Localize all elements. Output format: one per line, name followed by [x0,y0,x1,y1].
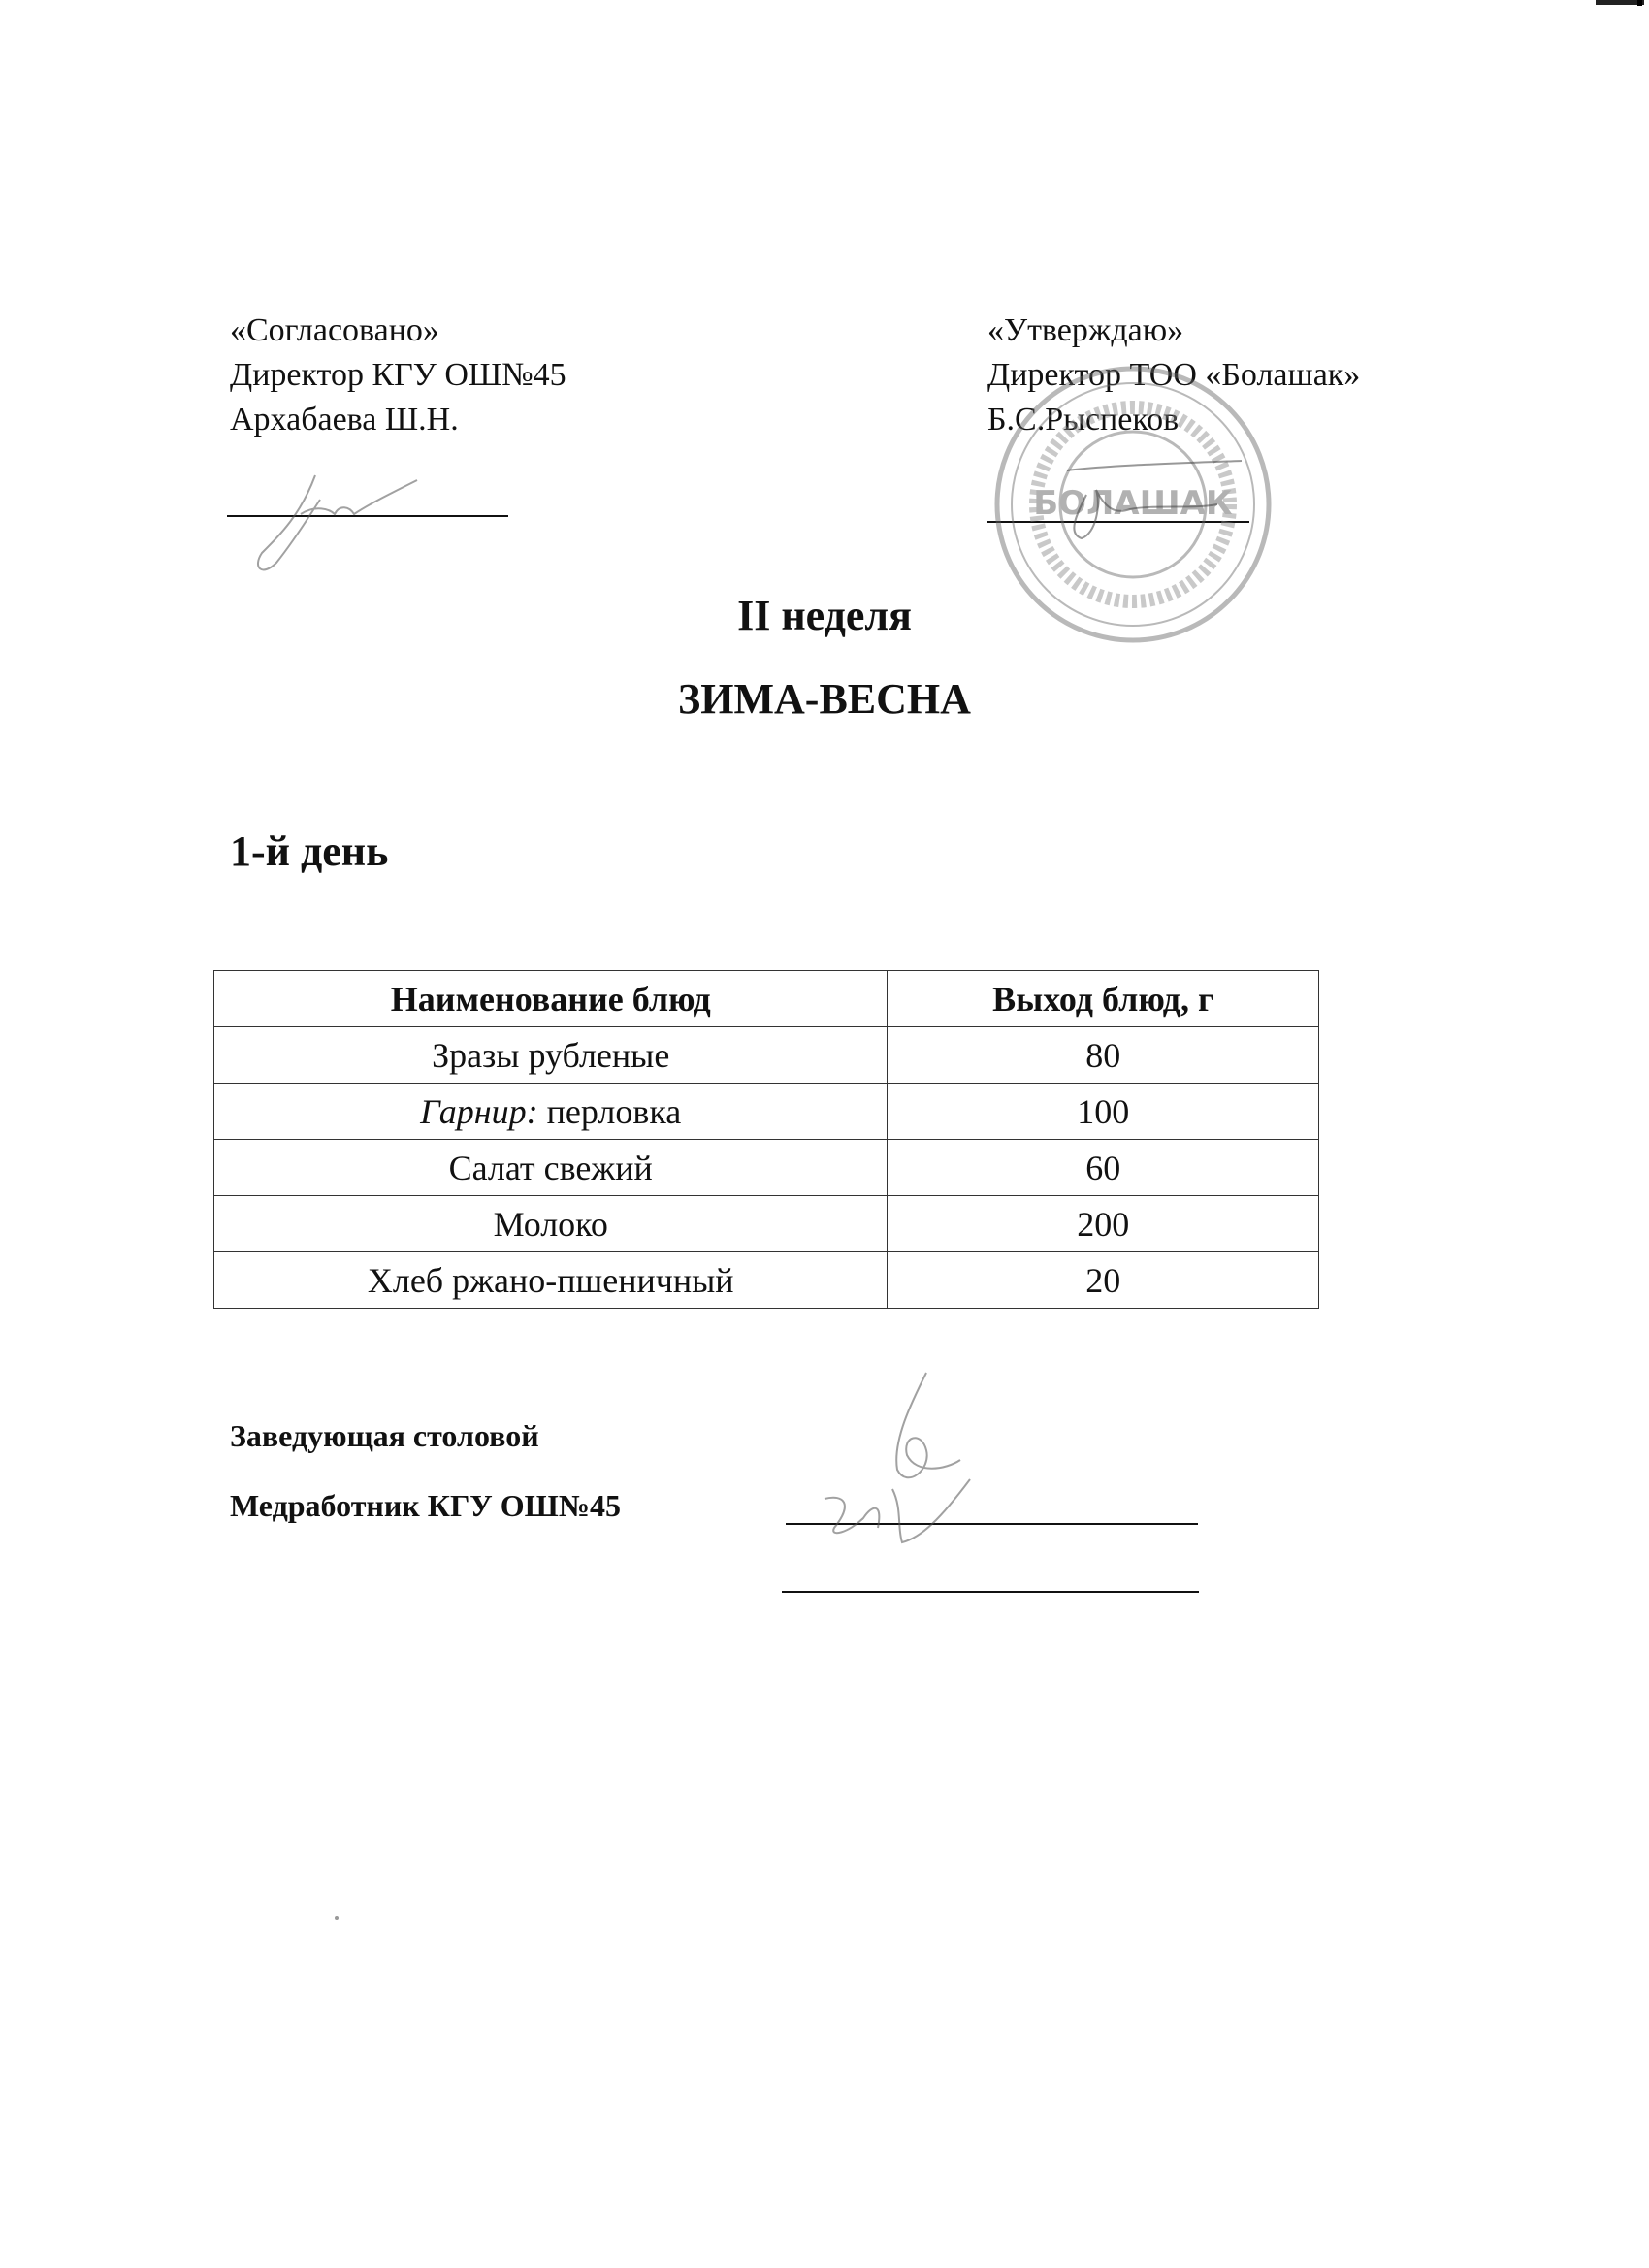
dish-prefix: Гарнир: [420,1092,537,1131]
approval-left-heading: «Согласовано» [230,308,566,353]
dish-name: Хлеб ржано-пшеничный [368,1261,734,1300]
dish-yield-cell: 80 [888,1027,1319,1084]
menu-table: Наименование блюд Выход блюд, г Зразы ру… [213,970,1319,1309]
approval-left-block: «Согласовано» Директор КГУ ОШ№45 Архабае… [230,308,566,442]
dish-yield-cell: 100 [888,1084,1319,1140]
medic-label: Медработник КГУ ОШ№45 [230,1488,621,1524]
dish-yield-cell: 60 [888,1140,1319,1196]
dish-name: Молоко [494,1205,608,1244]
header-dish-yield: Выход блюд, г [888,971,1319,1027]
approval-left-name: Архабаева Ш.Н. [230,398,566,442]
dish-name-cell: Зразы рубленые [214,1027,888,1084]
day-label: 1-й день [230,826,388,876]
table-row: Салат свежий60 [214,1140,1319,1196]
dish-name-cell: Гарнир: перловка [214,1084,888,1140]
signature-left-icon [242,446,436,582]
approval-right-heading: «Утверждаю» [987,308,1360,353]
table-row: Молоко200 [214,1196,1319,1252]
dish-name-cell: Молоко [214,1196,888,1252]
table-header-row: Наименование блюд Выход блюд, г [214,971,1319,1027]
dish-yield-cell: 200 [888,1196,1319,1252]
scan-edge-mark [1637,0,1642,6]
medic-signature-line [782,1591,1199,1593]
signature-medic-icon [805,1460,999,1576]
dish-name: Зразы рубленые [432,1036,669,1075]
signature-right-icon [1048,456,1261,553]
dish-name-cell: Салат свежий [214,1140,888,1196]
scan-speck [335,1916,339,1920]
dish-name: Салат свежий [449,1149,653,1187]
header-dish-name: Наименование блюд [214,971,888,1027]
dish-name: перловка [538,1092,682,1131]
table-row: Гарнир: перловка100 [214,1084,1319,1140]
table-row: Зразы рубленые80 [214,1027,1319,1084]
approval-left-position: Директор КГУ ОШ№45 [230,353,566,398]
season-title: ЗИМА-ВЕСНА [0,669,1649,729]
dish-name-cell: Хлеб ржано-пшеничный [214,1252,888,1309]
canteen-head-label: Заведующая столовой [230,1418,539,1454]
week-title: II неделя [0,586,1649,646]
table-row: Хлеб ржано-пшеничный20 [214,1252,1319,1309]
dish-yield-cell: 20 [888,1252,1319,1309]
